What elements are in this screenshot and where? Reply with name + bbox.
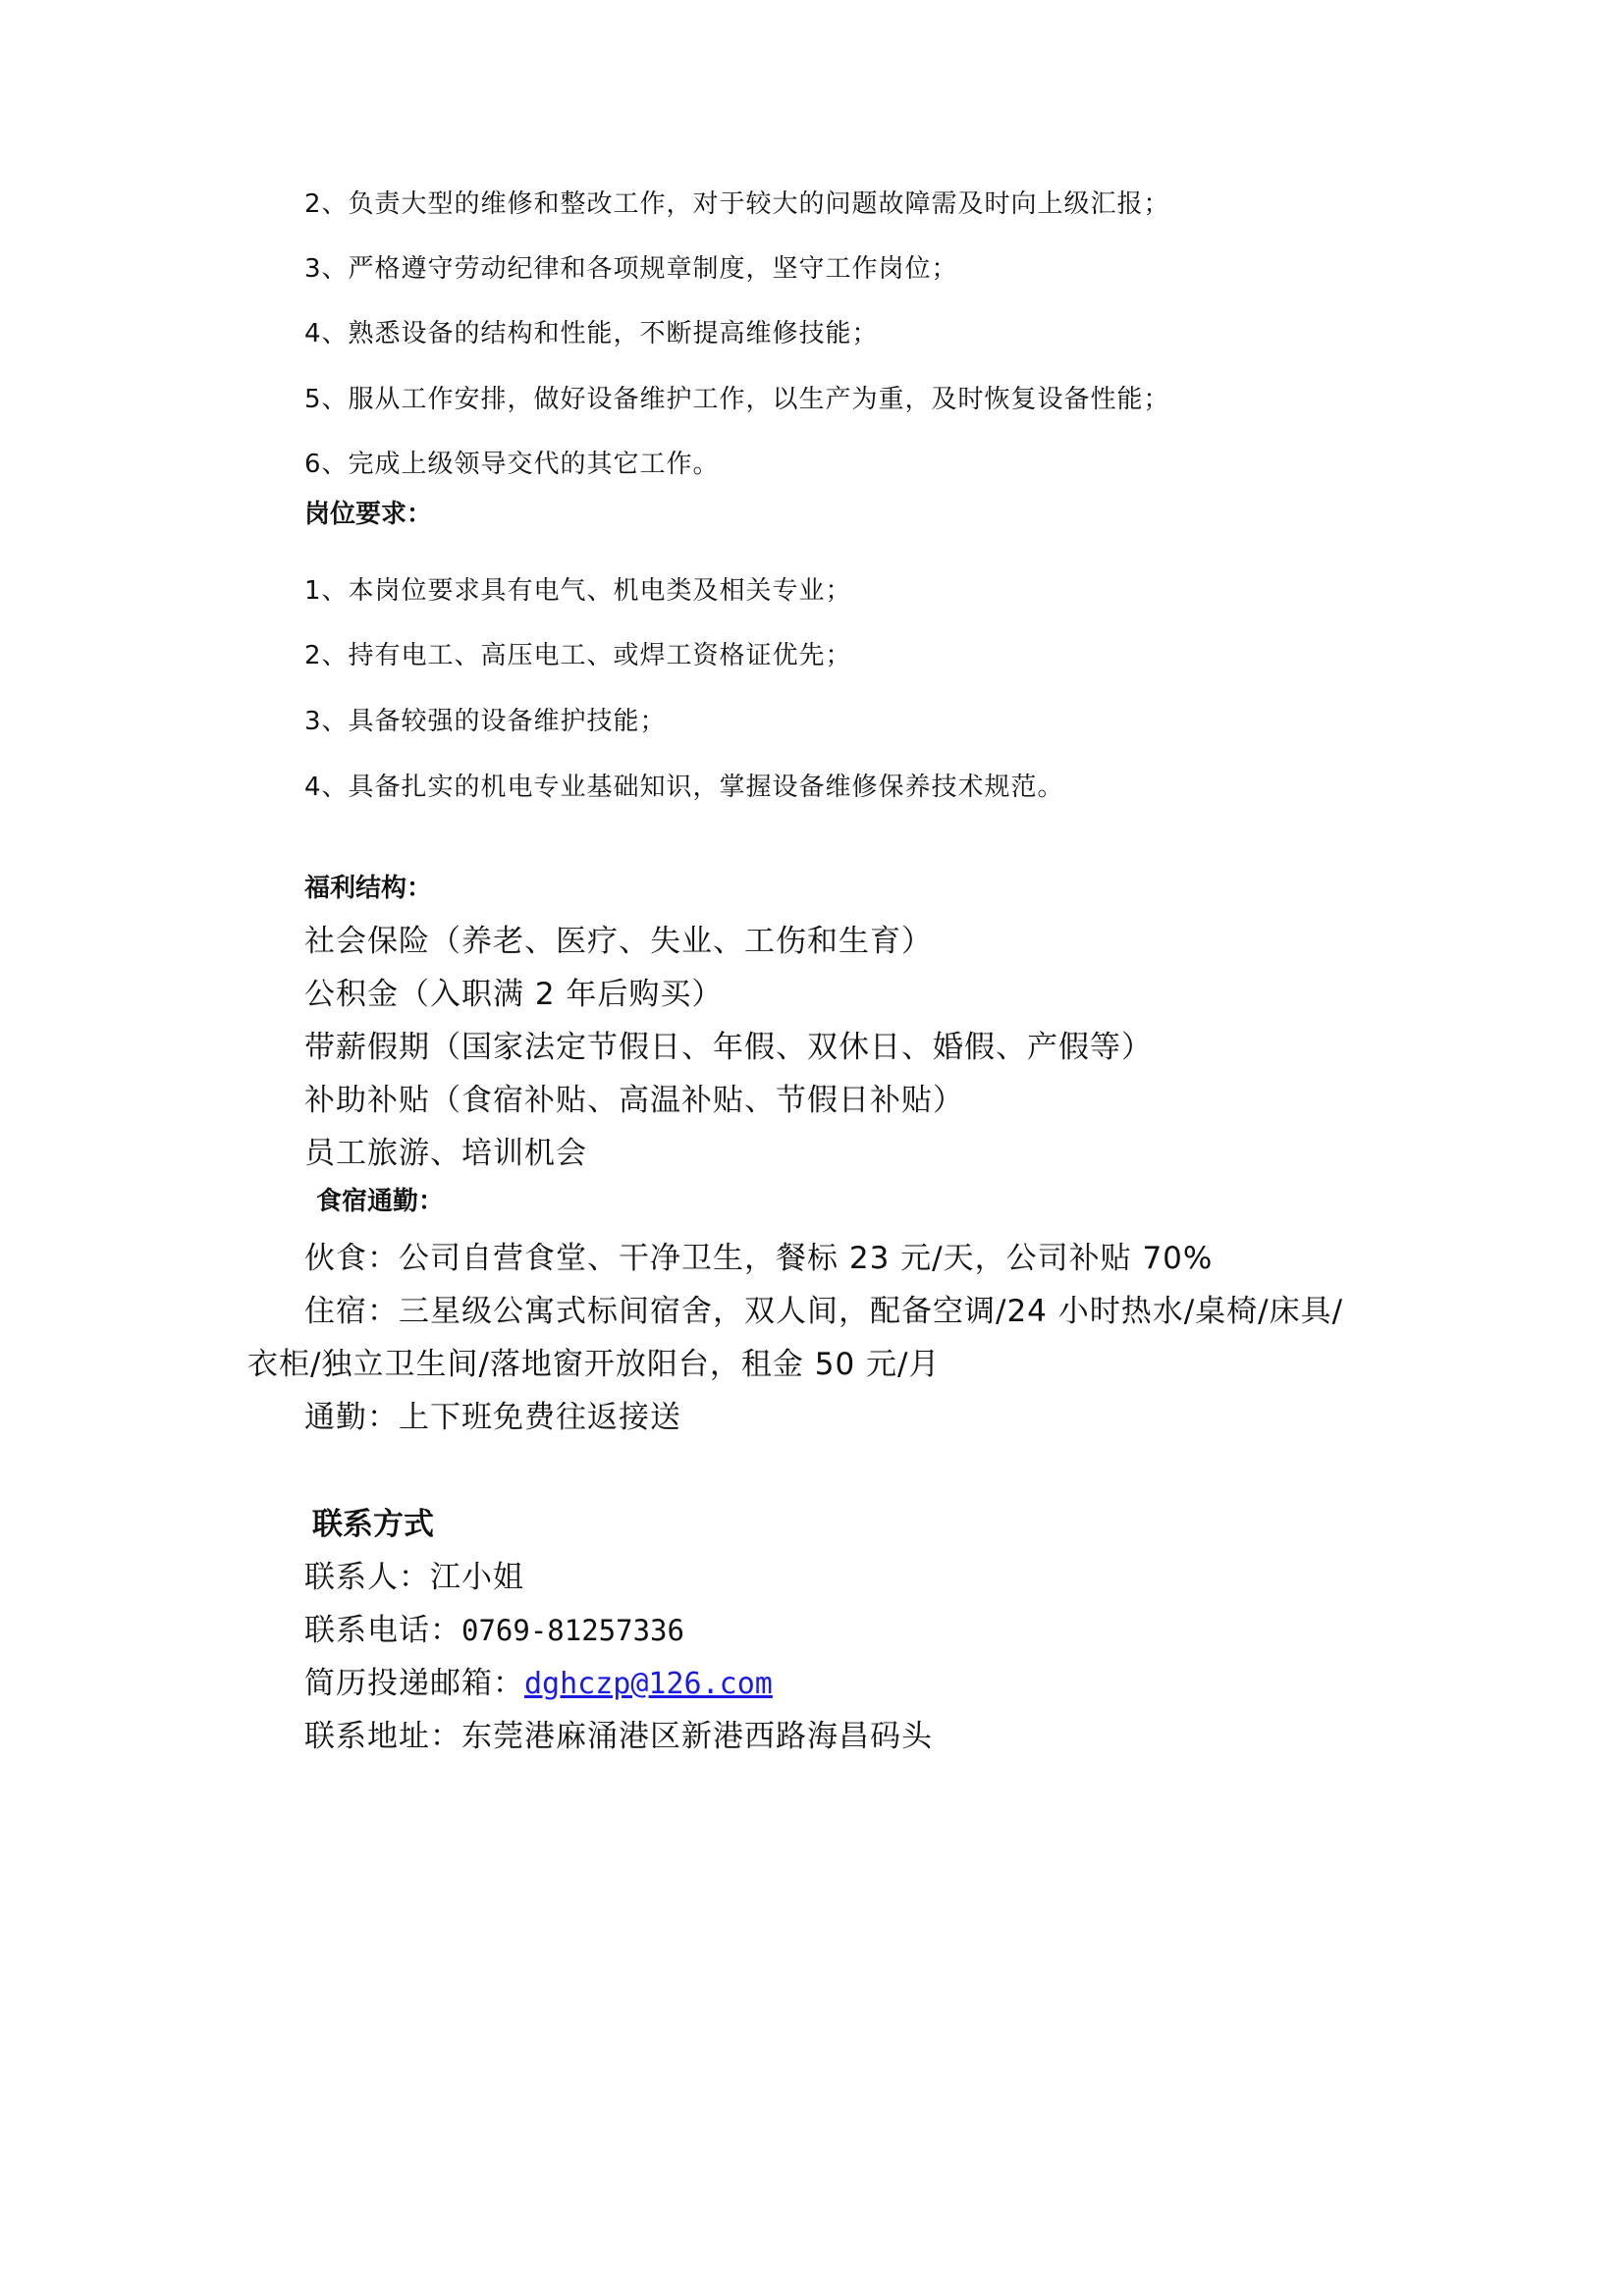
- requirement-item-2: 2、持有电工、高压电工、或焊工资格证优先；: [304, 635, 852, 671]
- benefit-item: 公积金（入职满 2 年后购买）: [304, 969, 723, 1013]
- contact-email-link[interactable]: dghczp@126.com: [524, 1667, 773, 1701]
- housing-text-line2: 衣柜/独立卫生间/落地窗开放阳台，租金 50 元/月: [247, 1339, 941, 1383]
- requirements-heading: 岗位要求：: [304, 494, 432, 530]
- meals-text: 伙食：公司自营食堂、干净卫生，餐标 23 元/天，公司补贴 70%: [304, 1233, 1213, 1277]
- duty-item-2: 2、负责大型的维修和整改工作，对于较大的问题故障需及时向上级汇报；: [304, 184, 1170, 220]
- contact-heading: 联系方式: [312, 1499, 434, 1543]
- living-heading: 食宿通勤：: [316, 1181, 444, 1217]
- requirement-item-1: 1、本岗位要求具有电气、机电类及相关专业；: [304, 570, 852, 607]
- benefits-heading: 福利结构：: [304, 868, 432, 904]
- benefit-item: 社会保险（养老、医疗、失业、工伤和生育）: [304, 916, 933, 960]
- contact-person-row: 联系人：江小姐: [304, 1552, 524, 1596]
- contact-email-row: 简历投递邮箱：dghczp@126.com: [304, 1658, 773, 1702]
- duty-item-4: 4、熟悉设备的结构和性能，不断提高维修技能；: [304, 313, 879, 349]
- contact-phone-row: 联系电话：0769-81257336: [304, 1605, 684, 1649]
- contact-person-label: 联系人：: [304, 1560, 430, 1595]
- contact-phone-label: 联系电话：: [304, 1613, 461, 1648]
- benefit-item: 带薪假期（国家法定节假日、年假、双休日、婚假、产假等）: [304, 1022, 1153, 1066]
- benefit-item: 员工旅游、培训机会: [304, 1128, 587, 1172]
- requirement-item-3: 3、具备较强的设备维护技能；: [304, 701, 667, 737]
- housing-text-line1: 住宿：三星级公寓式标间宿舍，双人间，配备空调/24 小时热水/桌椅/床具/: [304, 1286, 1343, 1330]
- contact-phone-value: 0769-81257336: [461, 1614, 684, 1647]
- contact-address-value: 东莞港麻涌港区新港西路海昌码头: [461, 1719, 933, 1754]
- contact-person-value: 江小姐: [430, 1560, 524, 1595]
- contact-email-label: 简历投递邮箱：: [304, 1666, 524, 1701]
- requirement-item-4: 4、具备扎实的机电专业基础知识，掌握设备维修保养技术规范。: [304, 767, 1064, 803]
- commute-text: 通勤：上下班免费往返接送: [304, 1392, 681, 1436]
- duty-item-3: 3、严格遵守劳动纪律和各项规章制度，坚守工作岗位；: [304, 248, 958, 285]
- contact-address-row: 联系地址：东莞港麻涌港区新港西路海昌码头: [304, 1711, 933, 1755]
- duty-item-5: 5、服从工作安排，做好设备维护工作，以生产为重，及时恢复设备性能；: [304, 379, 1170, 415]
- duty-item-6: 6、完成上级领导交代的其它工作。: [304, 444, 720, 480]
- contact-address-label: 联系地址：: [304, 1719, 461, 1754]
- benefit-item: 补助补贴（食宿补贴、高温补贴、节假日补贴）: [304, 1075, 964, 1119]
